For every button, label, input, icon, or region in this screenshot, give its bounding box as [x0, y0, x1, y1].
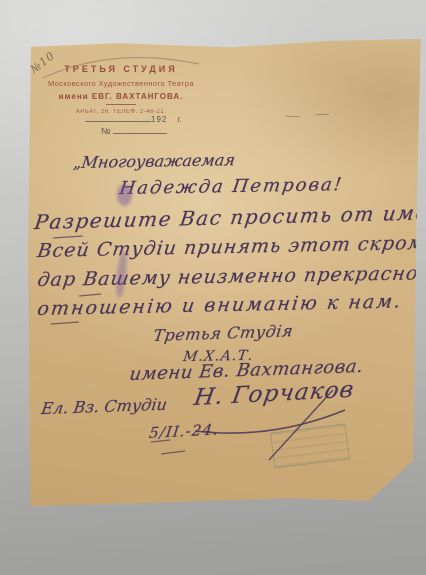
printed-year-stub: 192 — [151, 115, 167, 124]
signoff-studio: Третья Студія — [152, 321, 294, 345]
date-blank-line — [85, 114, 151, 122]
body-line: отношенію и вниманію к нам. — [36, 290, 404, 320]
correction-underline — [53, 236, 83, 238]
handwritten-date: 5/II.-24. — [148, 420, 220, 442]
photograph-of-letter: №10 ТРЕТЬЯ СТУДИЯ Московского Художестве… — [0, 0, 426, 575]
letter-paper-sheet: №10 ТРЕТЬЯ СТУДИЯ Московского Художестве… — [27, 38, 422, 508]
ink-smudge — [117, 184, 132, 206]
letterhead-rule — [106, 104, 136, 105]
number-blank-line — [113, 126, 167, 134]
signature-role: Ел. Вз. Студіи — [40, 395, 168, 418]
body-line: Всей Студіи принять этот скромный — [36, 231, 426, 262]
letterhead-number-line: № — [101, 126, 167, 136]
pencil-dash — [286, 116, 300, 117]
number-sign: № — [101, 126, 111, 136]
pencil-dash — [316, 114, 329, 115]
date-underline — [161, 451, 185, 454]
correction-underline — [79, 294, 101, 296]
body-line: Разрешите Вас просить от имени — [33, 200, 426, 234]
printed-year-suffix: г. — [177, 115, 181, 124]
letterhead: ТРЕТЬЯ СТУДИЯ Московского Художественног… — [45, 64, 197, 115]
body-line: дар Вашему неизменно прекрасному — [36, 262, 426, 291]
letterhead-date-line: 192г. — [85, 114, 245, 124]
letterhead-named-after: имени ЕВГ. ВАХТАНГОВА. — [45, 92, 197, 101]
salutation-line-1: „Многоуважаемая — [72, 150, 236, 172]
letterhead-theatre-name: Московского Художественного Театра — [45, 79, 197, 88]
salutation-line-2: Надежда Петрова! — [118, 174, 345, 199]
faint-stamp — [270, 424, 350, 469]
letterhead-studio-name: ТРЕТЬЯ СТУДИЯ — [45, 64, 197, 74]
correction-underline — [51, 322, 79, 324]
